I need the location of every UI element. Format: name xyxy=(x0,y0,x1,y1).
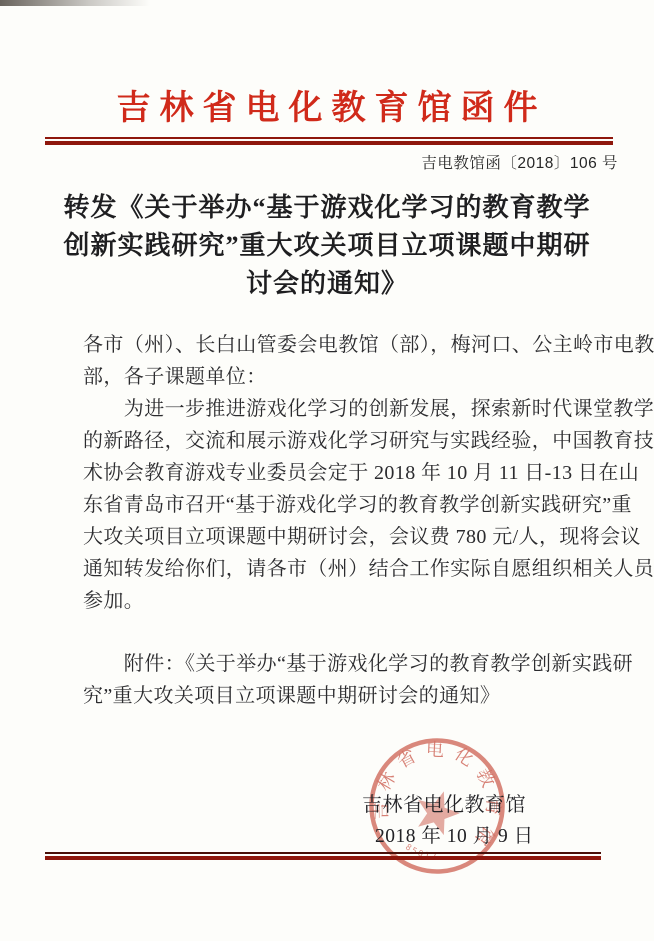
title-line: 创新实践研究”重大攻关项目立项课题中期研 xyxy=(20,227,634,265)
attachment-line: 附件：《关于举办“基于游戏化学习的教育教学创新实践研 xyxy=(83,648,583,680)
attachment-line: 究”重大攻关项目立项课题中期研讨会的通知》 xyxy=(83,680,583,712)
document-number: 吉电教馆函〔2018〕106 号 xyxy=(421,151,618,173)
body-line: 东省青岛市召开“基于游戏化学习的教育教学创新实践研究”重 xyxy=(83,489,583,521)
body-line: 部，各子课题单位： xyxy=(83,361,583,393)
body-line: 的新路径，交流和展示游戏化学习研究与实践经验，中国教育技 xyxy=(83,425,583,457)
header-red-rule xyxy=(45,137,613,145)
body-line: 大攻关项目立项课题中期研讨会，会议费 780 元/人，现将会议 xyxy=(83,521,583,553)
title-line: 讨会的通知》 xyxy=(20,265,634,303)
body-line: 参加。 xyxy=(83,585,583,617)
scan-edge-artifact xyxy=(0,0,150,6)
scanned-letter-page: 吉林省电化教育馆函件 吉电教馆函〔2018〕106 号 转发《关于举办“基于游戏… xyxy=(0,0,654,941)
body-line: 术协会教育游戏专业委员会定于 2018 年 10 月 11 日-13 日在山 xyxy=(83,457,583,489)
body-line: 各市（州）、长白山管委会电教馆（部），梅河口、公主岭市电教 xyxy=(83,329,583,361)
body-line: 为进一步推进游戏化学习的创新发展，探索新时代课堂教学 xyxy=(83,393,583,425)
body-line: 通知转发给你们，请各市（州）结合工作实际自愿组织相关人员 xyxy=(83,553,583,585)
title-line: 转发《关于举办“基于游戏化学习的教育教学 xyxy=(20,189,634,227)
document-title: 转发《关于举办“基于游戏化学习的教育教学 创新实践研究”重大攻关项目立项课题中期… xyxy=(20,189,634,303)
letter-body: 各市（州）、长白山管委会电教馆（部），梅河口、公主岭市电教 部，各子课题单位： … xyxy=(83,329,583,617)
signature-organization: 吉林省电化教育馆 xyxy=(362,788,526,817)
signature-date: 2018 年 10 月 9 日 xyxy=(375,820,534,848)
footer-red-rule xyxy=(45,852,601,860)
letterhead-title: 吉林省电化教育馆函件 xyxy=(0,80,654,129)
attachment-note: 附件：《关于举办“基于游戏化学习的教育教学创新实践研 究”重大攻关项目立项课题中… xyxy=(83,648,583,712)
